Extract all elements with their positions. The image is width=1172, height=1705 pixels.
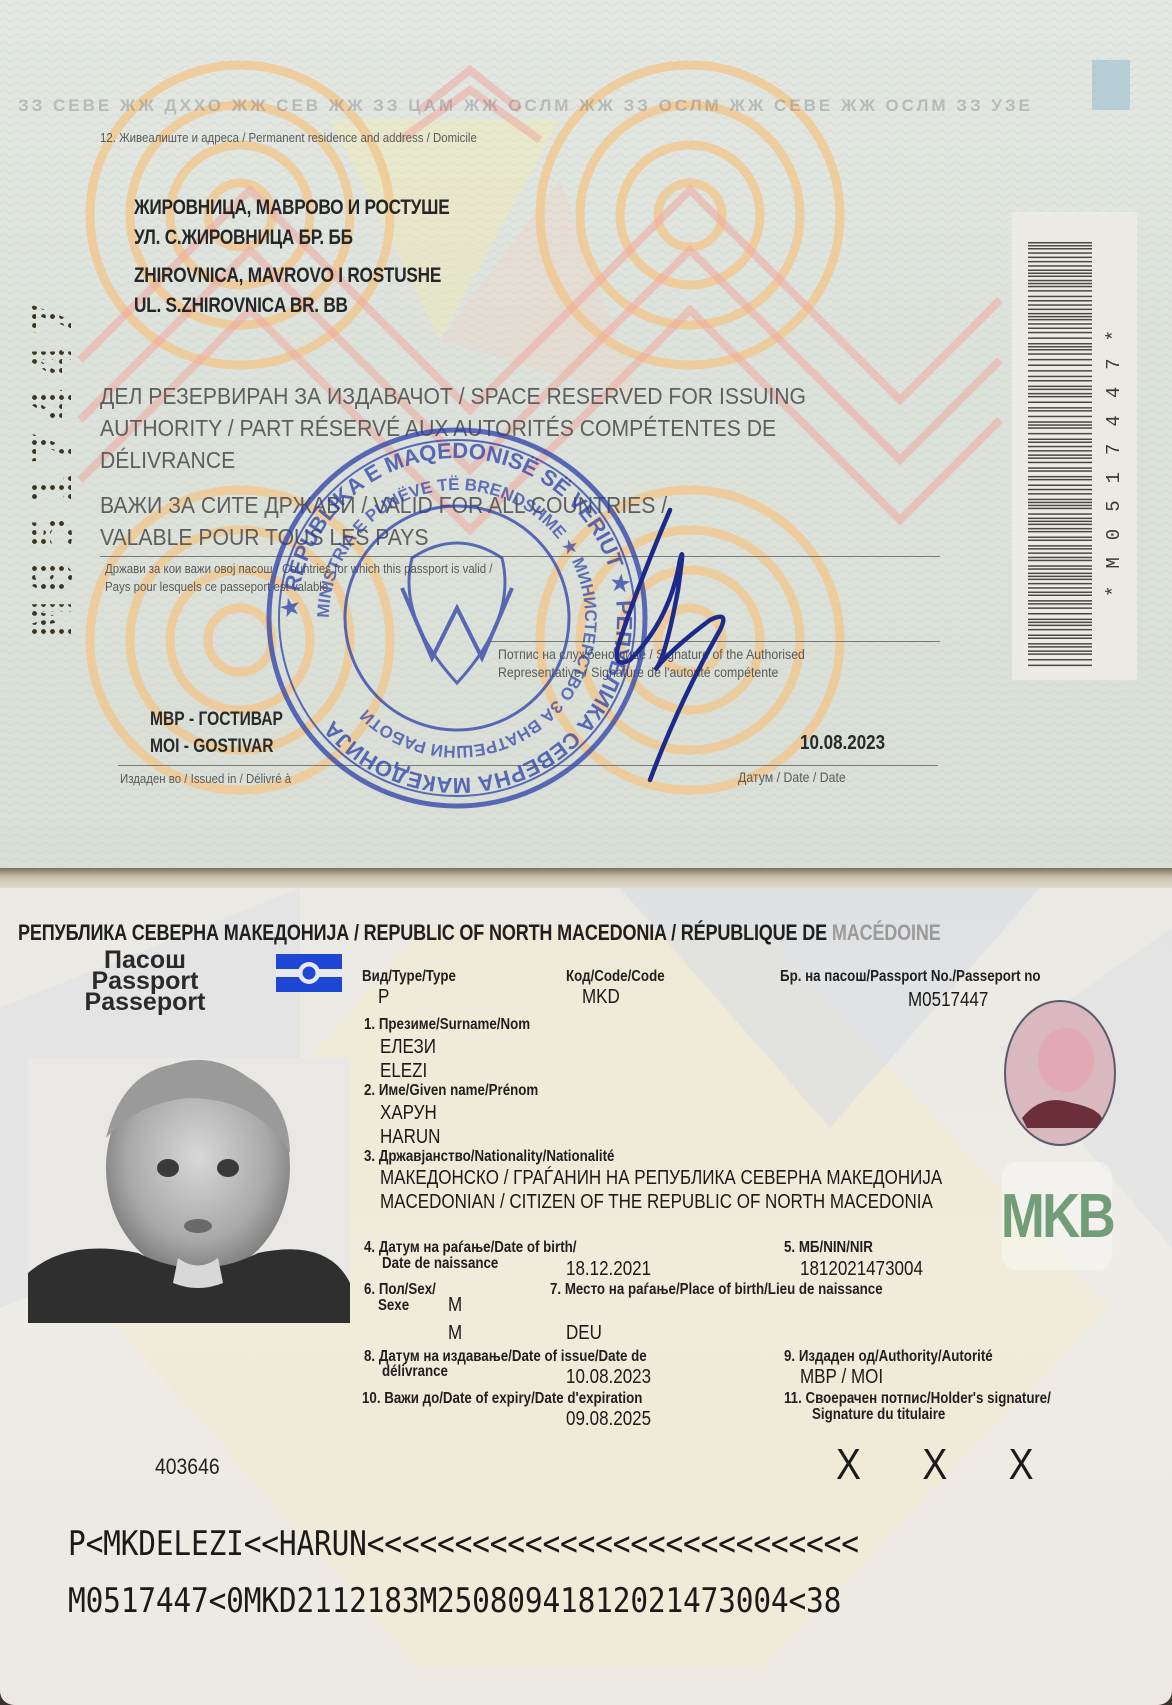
- reserved-space-line-3: DÉLIVRANCE: [100, 447, 235, 474]
- barcode-text: *M0517447*: [1100, 242, 1128, 667]
- address-line-cyr-1: ЖИРОВНИЦА, МАВРОВО И РОСТУШЕ: [134, 196, 449, 220]
- authority-value: МВР / MOI: [800, 1366, 883, 1389]
- serial-number: 403646: [155, 1454, 220, 1480]
- surname-latin: ELEZI: [380, 1060, 427, 1083]
- type-label: Вид/Type/Type: [362, 968, 456, 986]
- issuing-country-header: РЕПУБЛИКА СЕВЕРНА МАКЕДОНИЈА / REPUBLIC …: [18, 920, 941, 946]
- authority-label: 9. Издаден од/Authority/Autorité: [784, 1348, 993, 1366]
- biometric-chip-icon: [276, 954, 342, 992]
- mrz-line-2: M0517447<0MKD2112183M2508094181202147300…: [68, 1581, 841, 1620]
- residence-caption: 12. Живеалиште и адреса / Permanent resi…: [100, 130, 477, 145]
- address-line-cyr-2: УЛ. С.ЖИРОВНИЦА БР. ББ: [134, 226, 353, 250]
- security-mark-mkb: MKB: [1002, 1162, 1113, 1270]
- page-fold: [0, 868, 1172, 890]
- nationality-cyrillic: МАКЕДОНСКО / ГРАЃАНИН НА РЕПУБЛИКА СЕВЕР…: [380, 1167, 942, 1190]
- ghost-image: [1002, 998, 1118, 1148]
- given-name-latin: HARUN: [380, 1126, 440, 1149]
- date-of-issue-label-2: délivrance: [382, 1363, 448, 1381]
- date-of-expiry-label: 10. Важи до/Date of expiry/Date d'expira…: [362, 1390, 642, 1408]
- given-name-cyrillic: ХАРУН: [380, 1102, 437, 1125]
- svg-text:MINISTRIA E PUNËVE TË BRENDSHM: MINISTRIA E PUNËVE TË BRENDSHME ★ МИНИСТ…: [314, 475, 600, 761]
- barcode: *M0517447*: [1012, 212, 1137, 680]
- nin-label: 5. МБ/NIN/NIR: [784, 1239, 873, 1257]
- code-value: MKD: [582, 986, 620, 1009]
- document-title: Пасош Passport Passeport: [70, 950, 220, 1013]
- issue-date: 10.08.2023: [800, 732, 885, 755]
- code-label: Код/Code/Code: [566, 968, 665, 986]
- sex-value-latin: M: [448, 1322, 462, 1345]
- type-value: P: [378, 986, 389, 1009]
- observations-page: ЗЗ СЕВЕ ЖЖ ДХХО ЖЖ СЕВ ЖЖ ЗЗ ЦАМ ЖЖ ОСЛМ…: [0, 0, 1172, 880]
- place-of-birth-label: 7. Место на раѓање/Place of birth/Lieu d…: [550, 1281, 883, 1299]
- date-of-issue-value: 10.08.2023: [566, 1366, 651, 1389]
- barcode-bars: [1028, 242, 1092, 667]
- passport-number-value: M0517447: [908, 989, 988, 1012]
- date-of-expiry-value: 09.08.2025: [566, 1408, 651, 1431]
- microprint-line: ЗЗ СЕВЕ ЖЖ ДХХО ЖЖ СЕВ ЖЖ ЗЗ ЦАМ ЖЖ ОСЛМ…: [18, 96, 1148, 116]
- holder-signature-label-2: Signature du titulaire: [812, 1406, 945, 1424]
- holder-photo: [28, 1058, 350, 1323]
- dob-label-2: Date de naissance: [382, 1255, 498, 1273]
- address-line-lat-1: ZHIROVNICA, MAVROVO I ROSTUSHE: [134, 264, 441, 288]
- reserved-space-line-1: ДЕЛ РЕЗЕРВИРАН ЗА ИЗДАВАЧОТ / SPACE RESE…: [100, 383, 806, 410]
- address-line-lat-2: UL. S.ZHIROVNICA BR. BB: [134, 294, 348, 318]
- nin-value: 1812021473004: [800, 1258, 923, 1281]
- perforated-passport-number: M0517447: [6, 200, 96, 740]
- nationality-latin: MACEDONIAN / CITIZEN OF THE REPUBLIC OF …: [380, 1191, 933, 1214]
- place-of-birth-value: DEU: [566, 1322, 602, 1345]
- nationality-label: 3. Државјанство/Nationality/Nationalité: [364, 1148, 614, 1166]
- surname-cyrillic: ЕЛЕЗИ: [380, 1036, 436, 1059]
- sex-value-cyrillic: М: [448, 1294, 462, 1317]
- passport-number-label: Бр. на пасош/Passport No./Passeport no: [780, 968, 1041, 986]
- passport-data-page: РЕПУБЛИКА СЕВЕРНА МАКЕДОНИЈА / REPUBLIC …: [0, 888, 1172, 1705]
- issued-in-lat: MOI - GOSTIVAR: [150, 736, 273, 758]
- sex-label-2: Sexe: [378, 1297, 409, 1315]
- given-name-label: 2. Име/Given name/Prénom: [364, 1082, 538, 1100]
- mrz-line-1: P<MKDELEZI<<HARUN<<<<<<<<<<<<<<<<<<<<<<<…: [68, 1524, 859, 1563]
- surname-label: 1. Презиме/Surname/Nom: [364, 1016, 530, 1034]
- dob-value: 18.12.2021: [566, 1258, 651, 1281]
- holder-signature-value: X X X: [836, 1440, 1059, 1490]
- authority-signature: [560, 500, 760, 790]
